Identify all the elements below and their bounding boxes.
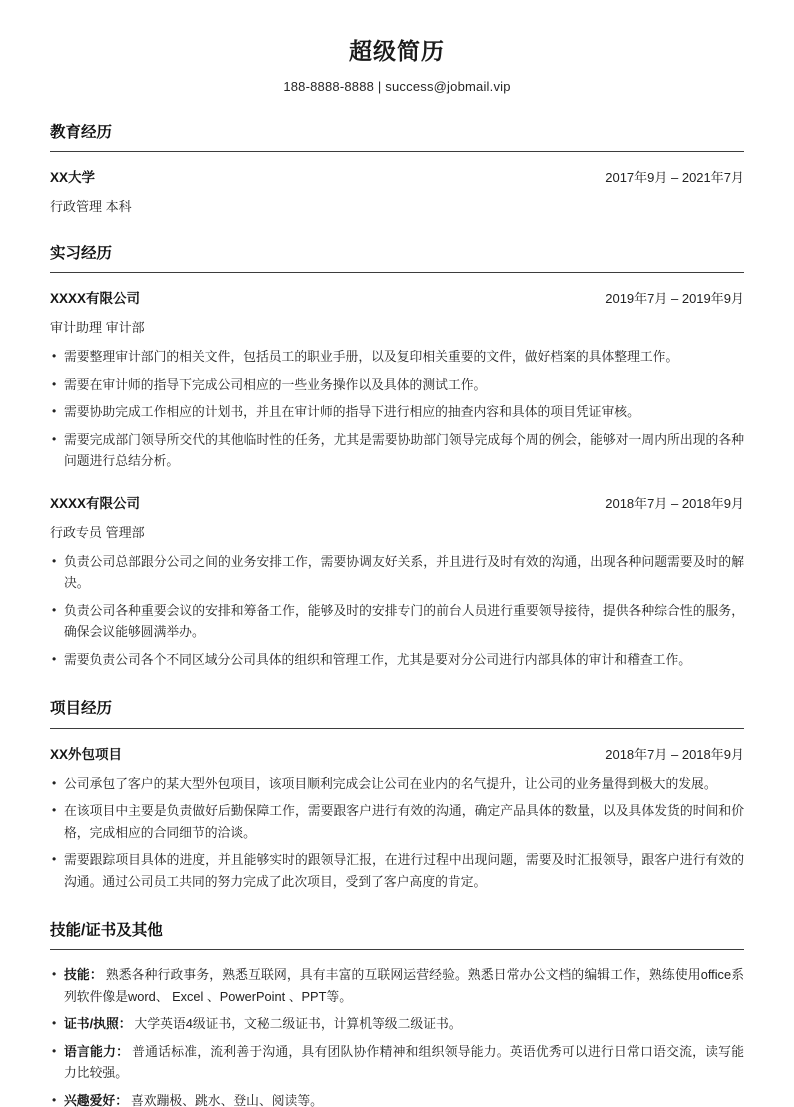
- contact-info: 188-8888-8888 | success@jobmail.vip: [50, 79, 744, 94]
- bullet-item: 负责公司各种重要会议的安排和筹备工作，能够及时的安排专门的前台人员进行重要领导接…: [50, 600, 744, 643]
- bullet-label: 兴趣爱好：: [64, 1093, 128, 1107]
- bullet-text: 公司承包了客户的某大型外包项目，该项目顺利完成会让公司在业内的名气提升，让公司的…: [64, 776, 717, 791]
- bullet-text: 需要跟踪项目具体的进度，并且能够实时的跟领导汇报，在进行过程中出现问题，需要及时…: [64, 852, 744, 888]
- entry-subtitle: 行政专员 管理部: [50, 522, 744, 541]
- entry: XXXX有限公司2019年7月 – 2019年9月审计助理 审计部需要整理审计部…: [50, 287, 744, 471]
- entry-name: XXXX有限公司: [50, 492, 140, 512]
- section-heading: 实习经历: [50, 244, 744, 273]
- bullet-item: 在该项目中主要是负责做好后勤保障工作，需要跟客户进行有效的沟通，确定产品具体的数…: [50, 800, 744, 843]
- entry-name: XX大学: [50, 166, 95, 186]
- entry-date: 2018年7月 – 2018年9月: [605, 493, 744, 512]
- bullet-label: 技能：: [64, 967, 103, 982]
- bullet-item: 需要完成部门领导所交代的其他临时性的任务，尤其是需要协助部门领导完成每个周的例会…: [50, 429, 744, 472]
- entry-date: 2019年7月 – 2019年9月: [605, 288, 744, 307]
- bullet-text: 需要协助完成工作相应的计划书，并且在审计师的指导下进行相应的抽查内容和具体的项目…: [64, 404, 640, 419]
- bullet-text: 负责公司总部跟分公司之间的业务安排工作，需要协调友好关系，并且进行及时有效的沟通…: [64, 554, 744, 590]
- bullet-list: 负责公司总部跟分公司之间的业务安排工作，需要协调友好关系，并且进行及时有效的沟通…: [50, 551, 744, 670]
- bullet-label: 证书/执照：: [64, 1016, 132, 1031]
- entry-header: XXXX有限公司2019年7月 – 2019年9月: [50, 287, 744, 307]
- bullet-text: 普通话标准，流利善于沟通，具有团队协作精神和组织领导能力。英语优秀可以进行日常口…: [64, 1044, 744, 1080]
- entry: XXXX有限公司2018年7月 – 2018年9月行政专员 管理部负责公司总部跟…: [50, 492, 744, 670]
- section-education: 教育经历XX大学2017年9月 – 2021年7月行政管理 本科: [50, 123, 744, 215]
- bullet-text: 大学英语4级证书，文秘二级证书，计算机等级二级证书。: [135, 1016, 462, 1031]
- section-skills: 技能/证书及其他技能：熟悉各种行政事务，熟悉互联网，具有丰富的互联网运营经验。熟…: [50, 921, 744, 1107]
- bullet-item: 公司承包了客户的某大型外包项目，该项目顺利完成会让公司在业内的名气提升，让公司的…: [50, 773, 744, 794]
- section-heading: 教育经历: [50, 123, 744, 152]
- bullet-item: 需要负责公司各个不同区域分公司具体的组织和管理工作，尤其是要对分公司进行内部具体…: [50, 649, 744, 670]
- bullet-label: 语言能力：: [64, 1044, 129, 1059]
- entry-header: XX大学2017年9月 – 2021年7月: [50, 166, 744, 186]
- bullet-text: 在该项目中主要是负责做好后勤保障工作，需要跟客户进行有效的沟通，确定产品具体的数…: [64, 803, 744, 839]
- bullet-item: 需要协助完成工作相应的计划书，并且在审计师的指导下进行相应的抽查内容和具体的项目…: [50, 401, 744, 422]
- entry-subtitle: 行政管理 本科: [50, 196, 744, 215]
- bullet-item: 语言能力：普通话标准，流利善于沟通，具有团队协作精神和组织领导能力。英语优秀可以…: [50, 1041, 744, 1084]
- bullet-item: 需要整理审计部门的相关文件，包括员工的职业手册，以及复印相关重要的文件，做好档案…: [50, 346, 744, 367]
- bullet-item: 兴趣爱好：喜欢蹦极、跳水、登山、阅读等。: [50, 1090, 744, 1107]
- section-heading: 技能/证书及其他: [50, 921, 744, 950]
- bullet-item: 需要在审计师的指导下完成公司相应的一些业务操作以及具体的测试工作。: [50, 374, 744, 395]
- resume-page: 超级简历 188-8888-8888 | success@jobmail.vip…: [0, 0, 794, 1107]
- entry-date: 2018年7月 – 2018年9月: [605, 744, 744, 763]
- bullet-item: 证书/执照：大学英语4级证书，文秘二级证书，计算机等级二级证书。: [50, 1013, 744, 1034]
- bullet-list: 公司承包了客户的某大型外包项目，该项目顺利完成会让公司在业内的名气提升，让公司的…: [50, 773, 744, 892]
- bullet-list: 需要整理审计部门的相关文件，包括员工的职业手册，以及复印相关重要的文件，做好档案…: [50, 346, 744, 471]
- entry: XX外包项目2018年7月 – 2018年9月公司承包了客户的某大型外包项目，该…: [50, 743, 744, 892]
- bullet-text: 需要负责公司各个不同区域分公司具体的组织和管理工作，尤其是要对分公司进行内部具体…: [64, 652, 691, 667]
- bullet-text: 喜欢蹦极、跳水、登山、阅读等。: [131, 1093, 323, 1107]
- section-heading: 项目经历: [50, 699, 744, 728]
- bullet-item: 技能：熟悉各种行政事务，熟悉互联网，具有丰富的互联网运营经验。熟悉日常办公文档的…: [50, 964, 744, 1007]
- bullet-text: 需要完成部门领导所交代的其他临时性的任务，尤其是需要协助部门领导完成每个周的例会…: [64, 432, 744, 468]
- entry-name: XX外包项目: [50, 743, 122, 763]
- entry: 技能：熟悉各种行政事务，熟悉互联网，具有丰富的互联网运营经验。熟悉日常办公文档的…: [50, 964, 744, 1107]
- bullet-text: 熟悉各种行政事务，熟悉互联网，具有丰富的互联网运营经验。熟悉日常办公文档的编辑工…: [64, 967, 744, 1003]
- bullet-text: 需要整理审计部门的相关文件，包括员工的职业手册，以及复印相关重要的文件，做好档案…: [64, 349, 678, 364]
- bullet-text: 负责公司各种重要会议的安排和筹备工作，能够及时的安排专门的前台人员进行重要领导接…: [64, 603, 744, 639]
- entry-header: XX外包项目2018年7月 – 2018年9月: [50, 743, 744, 763]
- sections-container: 教育经历XX大学2017年9月 – 2021年7月行政管理 本科实习经历XXXX…: [50, 123, 744, 1107]
- entry-header: XXXX有限公司2018年7月 – 2018年9月: [50, 492, 744, 512]
- entry: XX大学2017年9月 – 2021年7月行政管理 本科: [50, 166, 744, 215]
- entry-subtitle: 审计助理 审计部: [50, 317, 744, 336]
- bullet-text: 需要在审计师的指导下完成公司相应的一些业务操作以及具体的测试工作。: [64, 377, 486, 392]
- entry-name: XXXX有限公司: [50, 287, 140, 307]
- bullet-list: 技能：熟悉各种行政事务，熟悉互联网，具有丰富的互联网运营经验。熟悉日常办公文档的…: [50, 964, 744, 1107]
- section-internship: 实习经历XXXX有限公司2019年7月 – 2019年9月审计助理 审计部需要整…: [50, 244, 744, 670]
- bullet-item: 需要跟踪项目具体的进度，并且能够实时的跟领导汇报，在进行过程中出现问题，需要及时…: [50, 849, 744, 892]
- bullet-item: 负责公司总部跟分公司之间的业务安排工作，需要协调友好关系，并且进行及时有效的沟通…: [50, 551, 744, 594]
- entry-date: 2017年9月 – 2021年7月: [605, 167, 744, 186]
- resume-title: 超级简历: [50, 38, 744, 66]
- section-projects: 项目经历XX外包项目2018年7月 – 2018年9月公司承包了客户的某大型外包…: [50, 699, 744, 892]
